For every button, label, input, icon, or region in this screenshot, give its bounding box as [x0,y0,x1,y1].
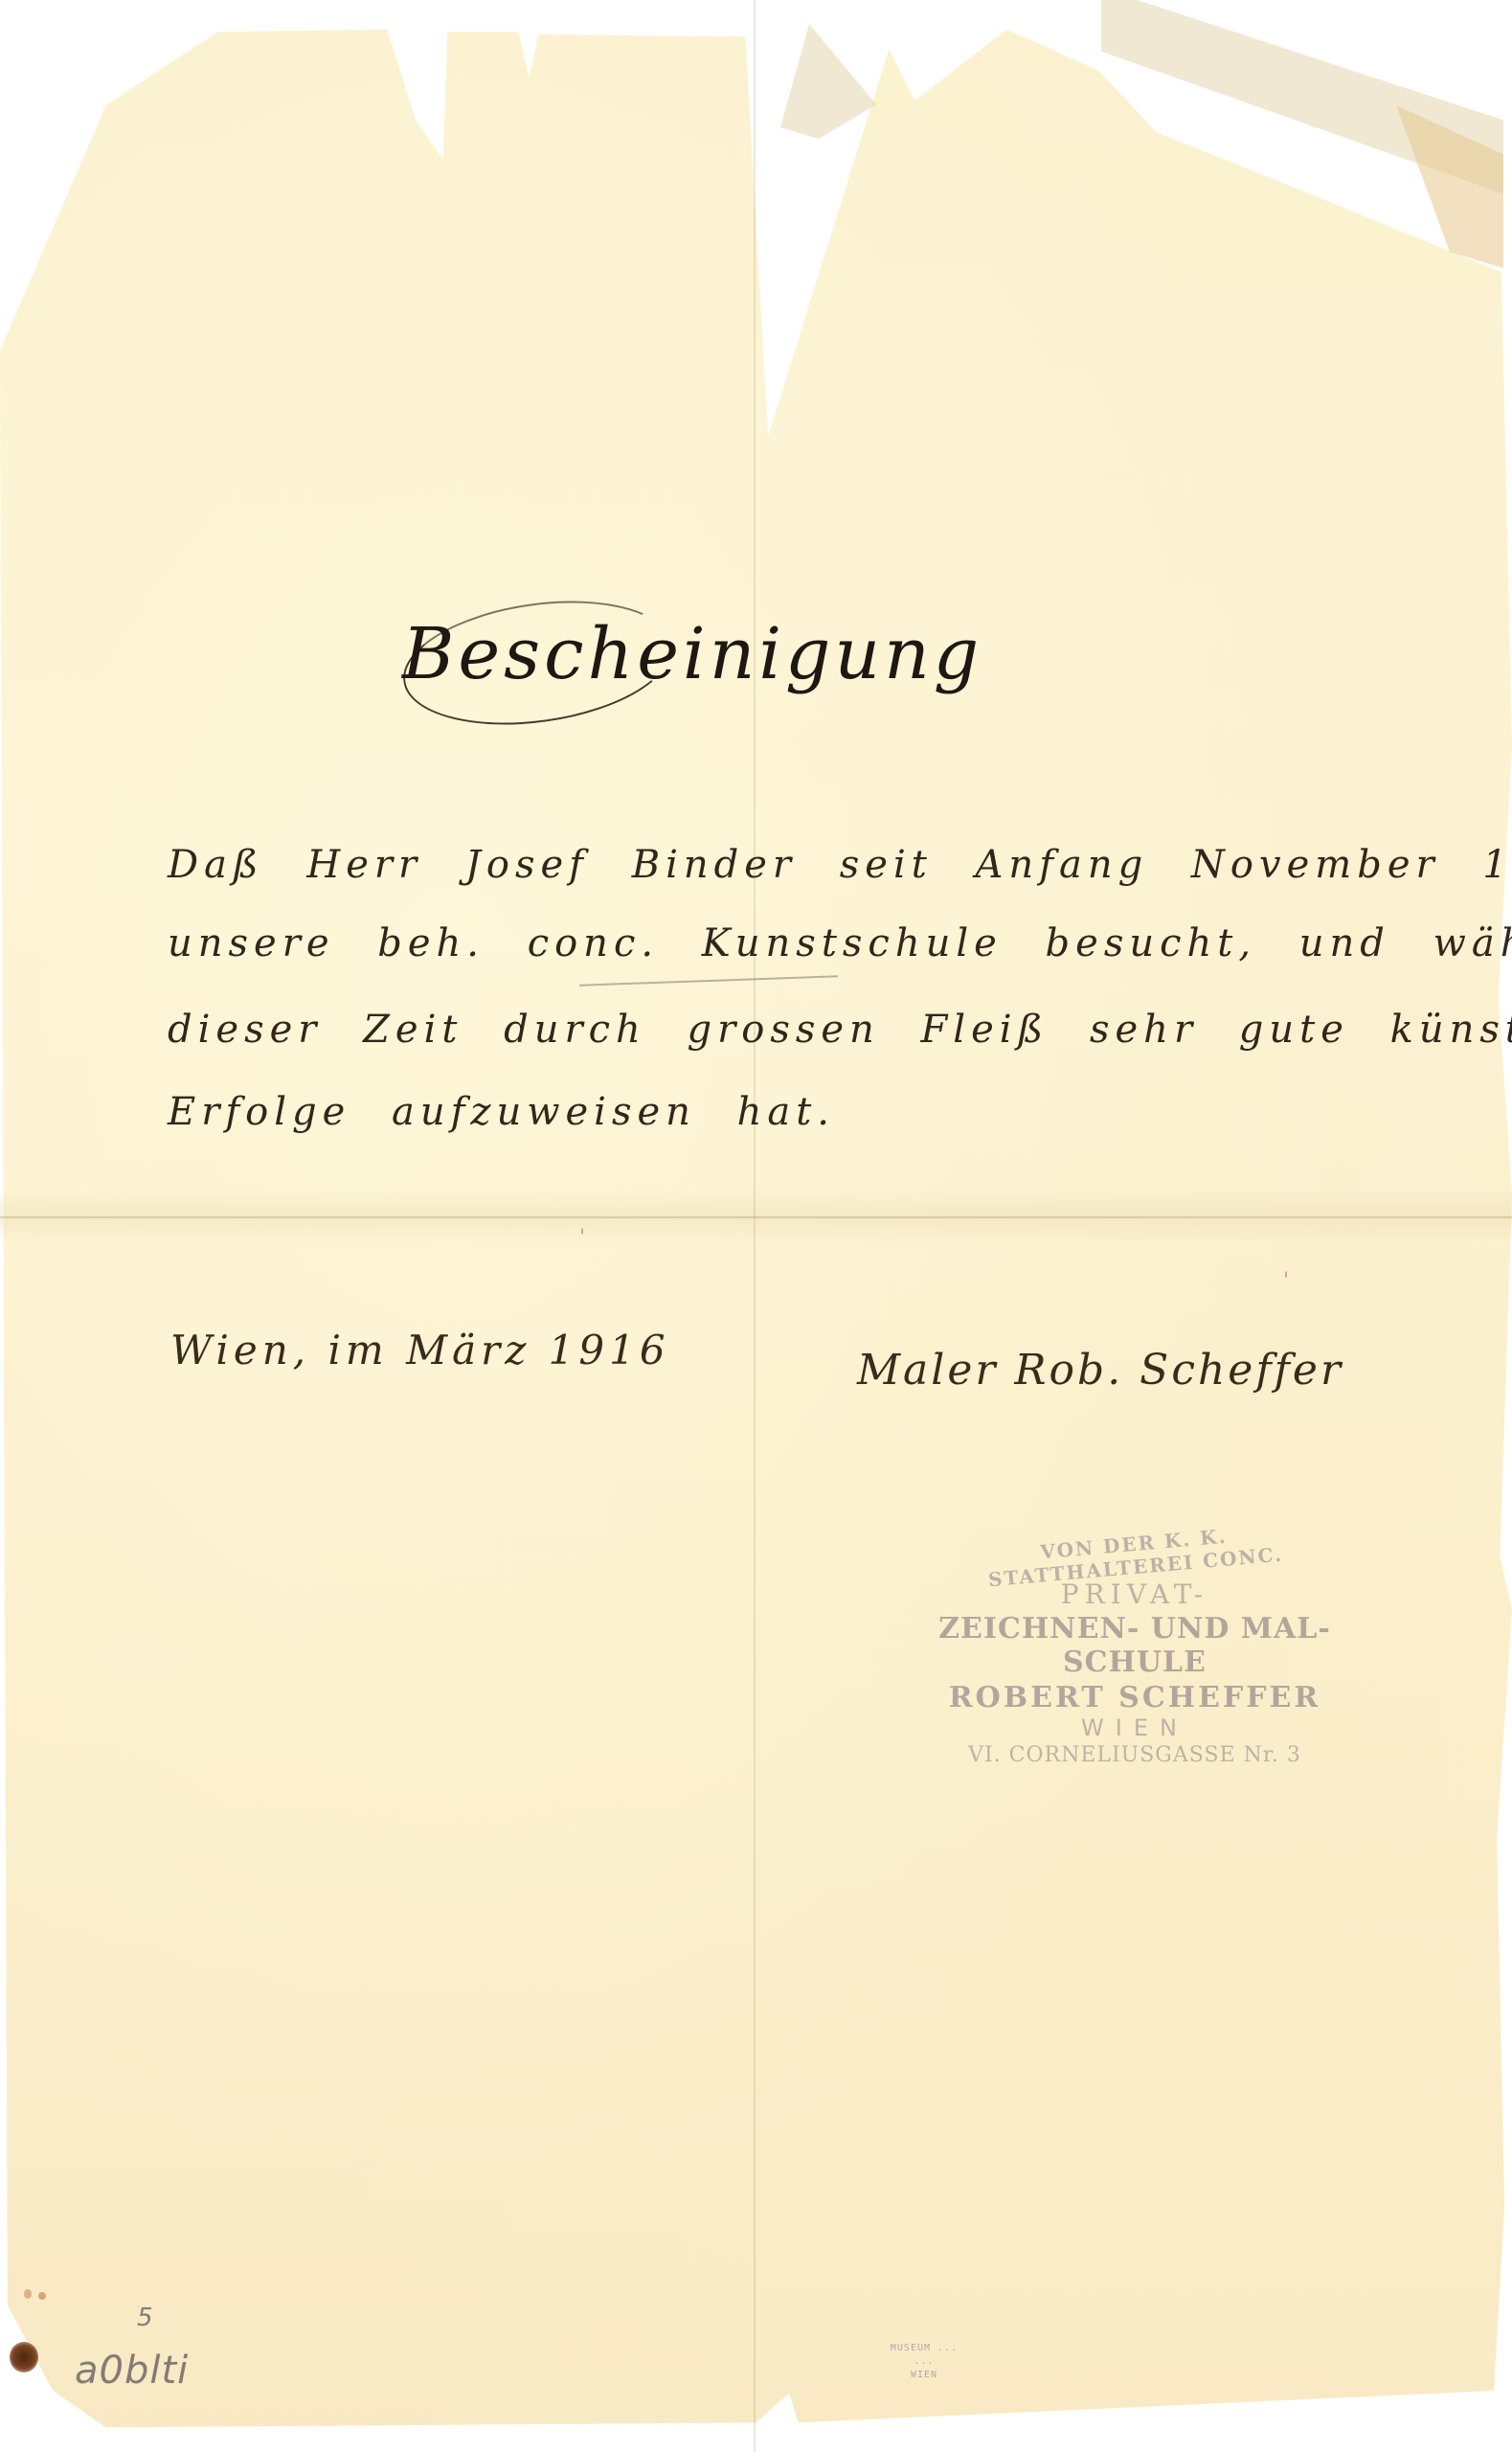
museum-stamp-line-1: MUSEUM ... [843,2342,1005,2355]
school-stamp: VON DER K. K. STATTHALTEREI CONC. PRIVAT… [934,1532,1336,1767]
document-title: Bescheinigung [402,613,982,695]
body-line-2: unsere beh. conc. Kunstschule besucht, u… [168,921,1512,965]
stamp-line-school: ZEICHNEN- UND MAL-SCHULE [934,1612,1336,1679]
museum-stamp-line-3: WIEN [843,2369,1005,2382]
horizontal-fold-line [0,1216,1512,1218]
spot-stain-bottom-left [38,2292,46,2300]
stamp-line-address: VI. CORNELIUSGASSE Nr. 3 [934,1743,1336,1767]
signature: Maler Rob. Scheffer [857,1346,1343,1395]
ink-stain-bottom-left [10,2342,38,2373]
torn-top-center-flap [780,24,876,139]
pencil-annotation: a0blti [75,2349,189,2393]
body-line-1: Daß Herr Josef Binder seit Anfang Novemb… [168,843,1512,887]
body-line-3: dieser Zeit durch grossen Fleiß sehr gut… [168,1008,1512,1052]
spot-stain-bottom-left-2 [24,2289,32,2299]
stamp-line-city: WIEN [934,1714,1336,1741]
pencil-number: 5 [137,2304,153,2332]
museum-stamp-line-2: ... [843,2355,1005,2369]
stamp-line-name: ROBERT SCHEFFER [934,1681,1336,1714]
body-line-4: Erfolge aufzuweisen hat. [168,1090,835,1134]
place-and-date: Wien, im März 1916 [170,1327,670,1374]
ink-tick-mark-right: ' [1283,1269,1289,1293]
vertical-fold-line [754,0,756,2452]
museum-stamp: MUSEUM ... ... WIEN [843,2342,1005,2382]
ink-tick-mark: ' [579,1226,585,1250]
